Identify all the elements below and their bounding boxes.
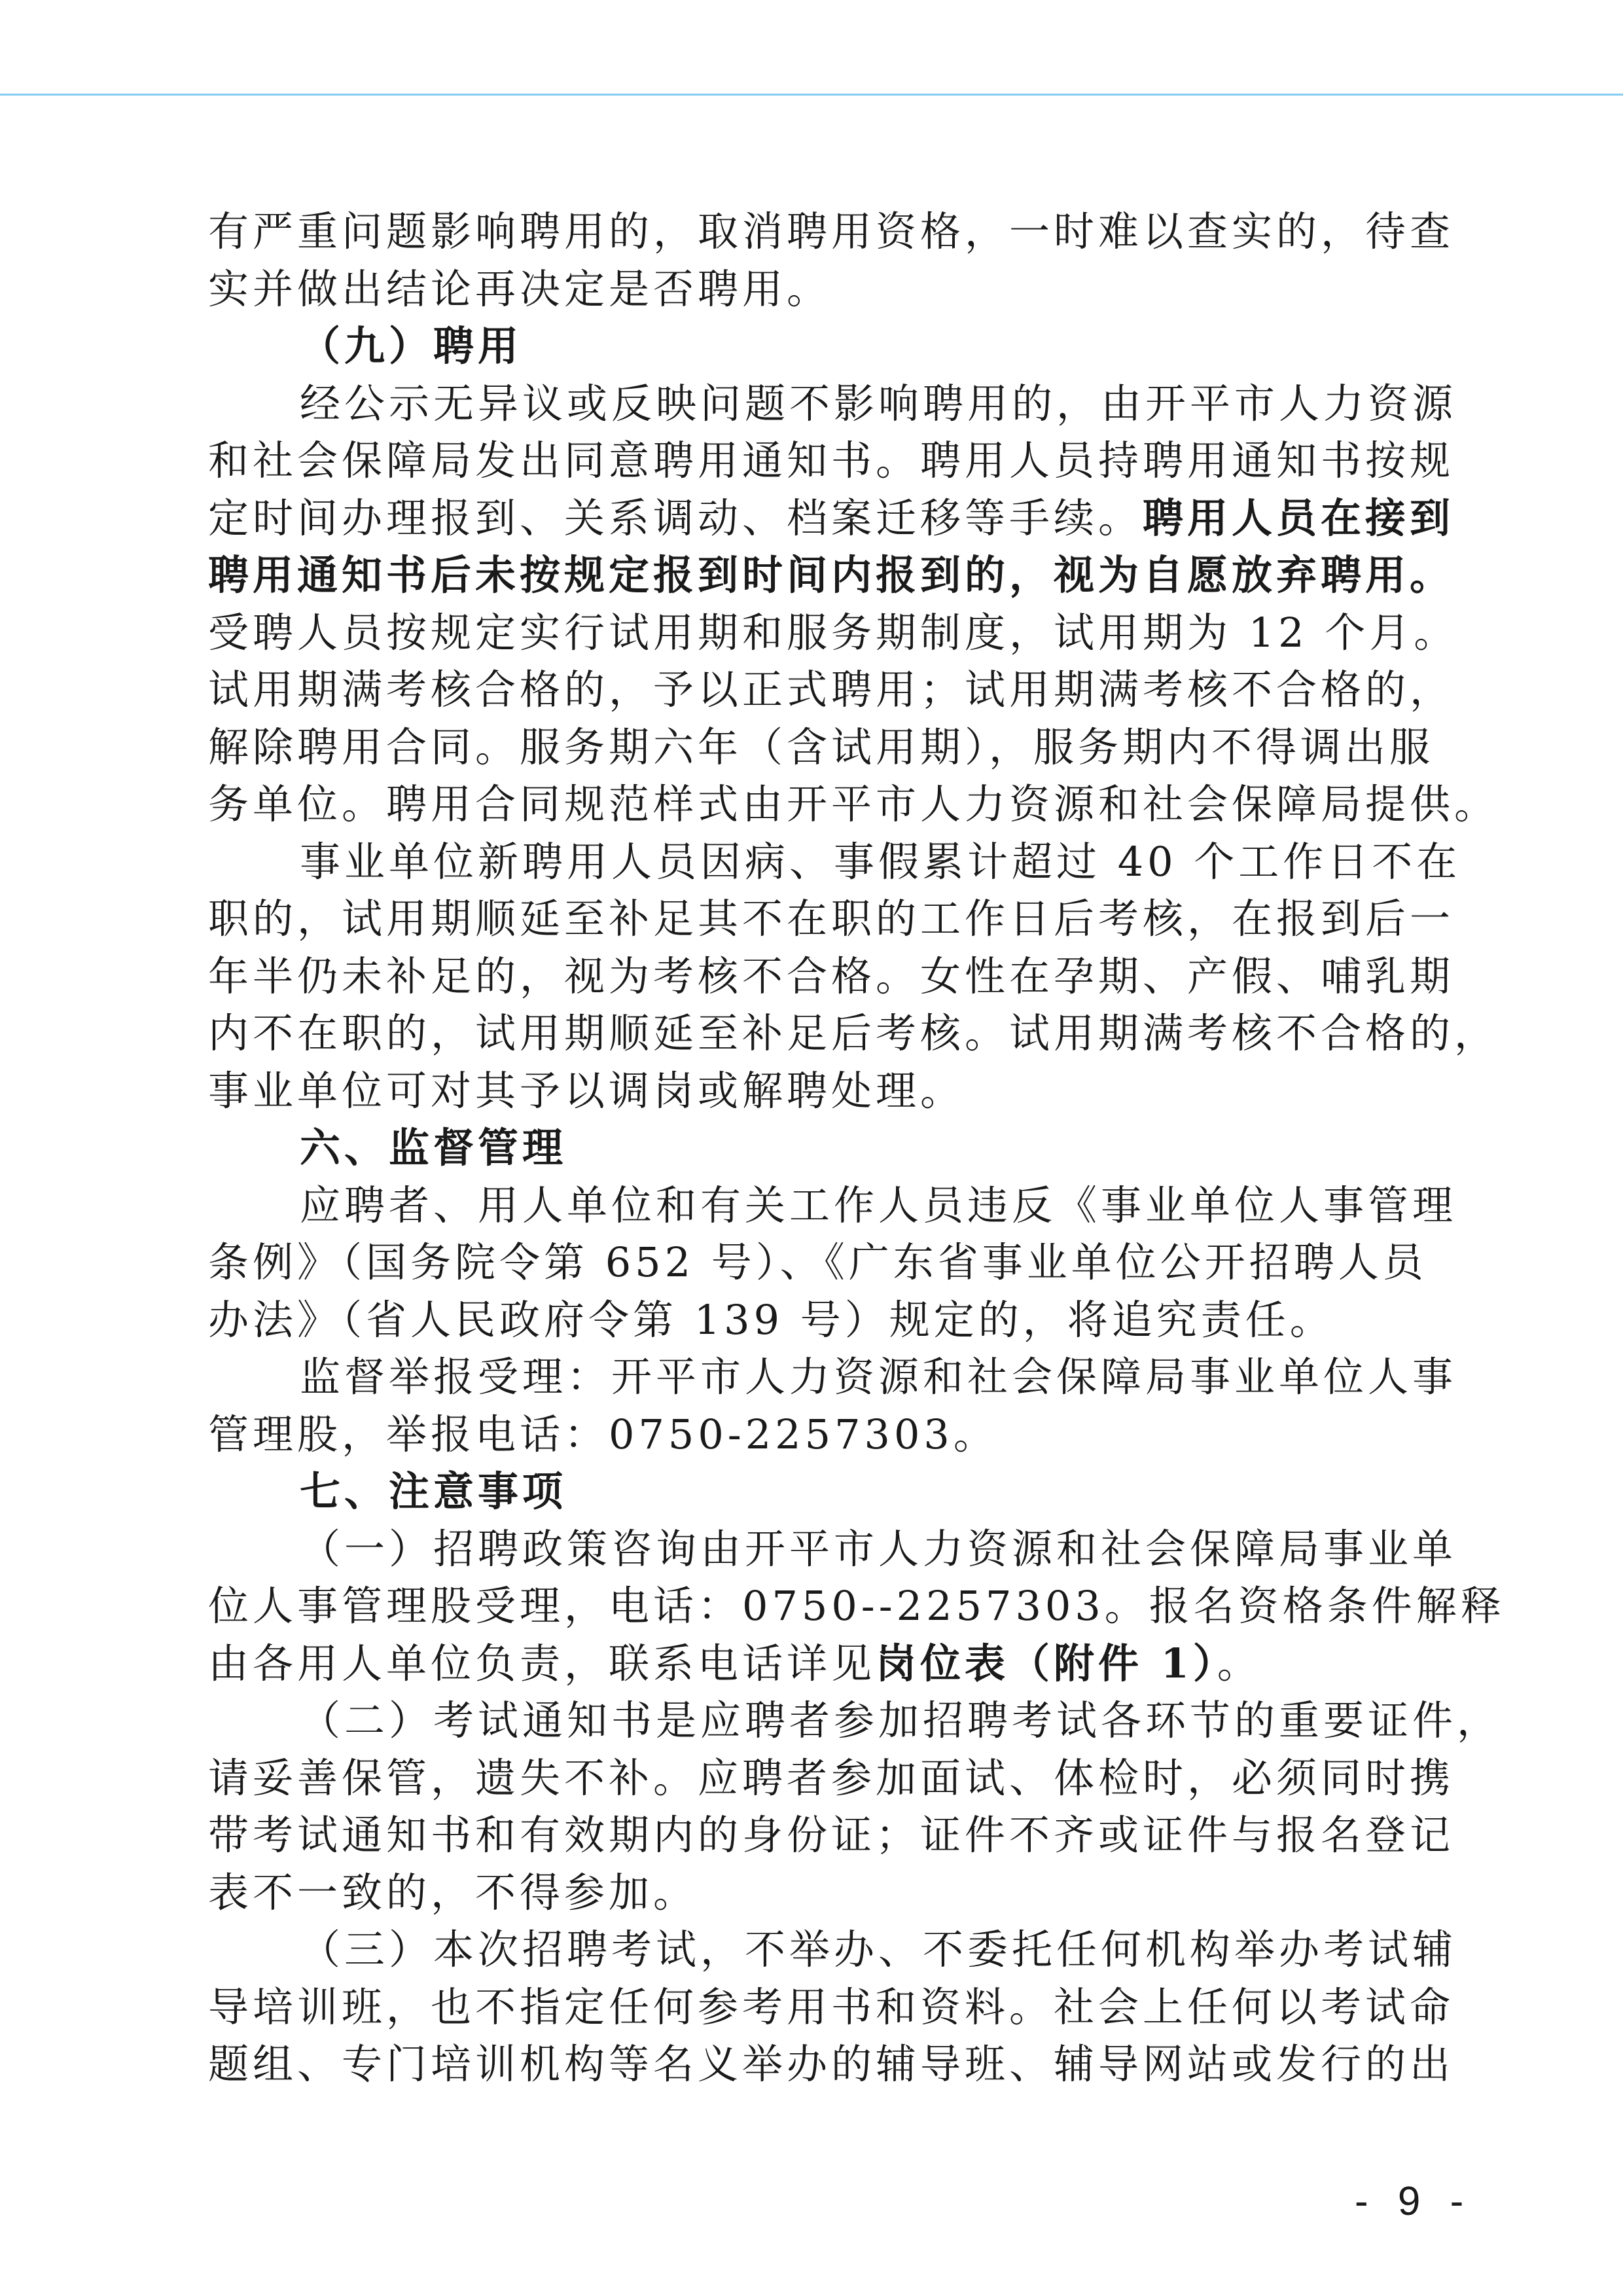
- paragraph-line: 经公示无异议或反映问题不影响聘用的，由开平市人力资源: [208, 375, 1419, 433]
- line-text: 由各用人单位负责，联系电话详见: [208, 1640, 876, 1687]
- document-body: 有严重问题影响聘用的，取消聘用资格，一时难以查实的，待查实并做出结论再决定是否聘…: [208, 203, 1419, 2093]
- paragraph-line: 受聘人员按规定实行试用期和服务期制度，试用期为 12 个月。: [208, 604, 1419, 662]
- line-text: 事业单位可对其予以调岗或解聘处理。: [208, 1067, 965, 1115]
- paragraph-line: 事业单位新聘用人员因病、事假累计超过 40 个工作日不在: [208, 833, 1419, 891]
- line-text: 管理股，举报电话：0750-2257303。: [208, 1410, 998, 1458]
- paragraph-line: 位人事管理股受理，电话：0750--2257303。报名资格条件解释: [208, 1577, 1419, 1635]
- paragraph-line: （一）招聘政策咨询由开平市人力资源和社会保障局事业单: [208, 1520, 1419, 1578]
- paragraph-line: 聘用通知书后未按规定报到时间内报到的，视为自愿放弃聘用。: [208, 547, 1419, 604]
- paragraph-line: （二）考试通知书是应聘者参加招聘考试各环节的重要证件，: [208, 1692, 1419, 1749]
- paragraph-line: 条例》（国务院令第 652 号）、《广东省事业单位公开招聘人员: [208, 1234, 1419, 1291]
- paragraph-line: 导培训班，也不指定任何参考用书和资料。社会上任何以考试命: [208, 1979, 1419, 2036]
- line-text: 条例》（国务院令第 652 号）、《广东省事业单位公开招聘人员: [208, 1238, 1427, 1286]
- paragraph-line: 题组、专门培训机构等名义举办的辅导班、辅导网站或发行的出: [208, 2036, 1419, 2093]
- line-text: 事业单位新聘用人员因病、事假累计超过 40 个工作日不在: [300, 838, 1461, 886]
- paragraph-line: 解除聘用合同。服务期六年（含试用期），服务期内不得调出服: [208, 719, 1419, 776]
- line-text: 解除聘用合同。服务期六年（含试用期），服务期内不得调出服: [208, 723, 1434, 771]
- line-text: 表不一致的，不得参加。: [208, 1869, 698, 1916]
- paragraph-line: （三）本次招聘考试，不举办、不委托任何机构举办考试辅: [208, 1921, 1419, 1979]
- paragraph-line: 职的，试用期顺延至补足其不在职的工作日后考核，在报到后一: [208, 890, 1419, 948]
- line-text: 职的，试用期顺延至补足其不在职的工作日后考核，在报到后一: [208, 895, 1454, 942]
- line-text: （九）聘用: [300, 322, 522, 370]
- line-text: 位人事管理股受理，电话：0750--2257303。报名资格条件解释: [208, 1582, 1505, 1630]
- line-text: （一）招聘政策咨询由开平市人力资源和社会保障局事业单: [300, 1525, 1457, 1573]
- line-text: 聘用通知书后未按规定报到时间内报到的，视为自愿放弃聘用。: [208, 551, 1454, 599]
- paragraph-line: 管理股，举报电话：0750-2257303。: [208, 1406, 1419, 1463]
- paragraph-line: 由各用人单位负责，联系电话详见岗位表（附件 1）。: [208, 1635, 1419, 1693]
- line-text: 年半仍未补足的，视为考核不合格。女性在孕期、产假、哺乳期: [208, 952, 1454, 1000]
- line-text: 办法》（省人民政府令第 139 号）规定的，将追究责任。: [208, 1296, 1334, 1344]
- line-text: 内不在职的，试用期顺延至补足后考核。试用期满考核不合格的，: [208, 1009, 1499, 1057]
- paragraph-line: 表不一致的，不得参加。: [208, 1864, 1419, 1922]
- line-text: 定时间办理报到、关系调动、档案迁移等手续。: [208, 494, 1143, 542]
- emphasized-text: 聘用人员在接到: [1143, 494, 1454, 542]
- line-suffix: 。: [1217, 1640, 1262, 1687]
- line-text: 受聘人员按规定实行试用期和服务期制度，试用期为 12 个月。: [208, 609, 1458, 656]
- paragraph-line: 办法》（省人民政府令第 139 号）规定的，将追究责任。: [208, 1291, 1419, 1349]
- paragraph-line: 实并做出结论再决定是否聘用。: [208, 260, 1419, 318]
- line-text: 导培训班，也不指定任何参考用书和资料。社会上任何以考试命: [208, 1983, 1454, 2031]
- line-text: 带考试通知书和有效期内的身份证；证件不齐或证件与报名登记: [208, 1811, 1454, 1859]
- paragraph-line: 内不在职的，试用期顺延至补足后考核。试用期满考核不合格的，: [208, 1005, 1419, 1062]
- section-heading: 六、监督管理: [208, 1119, 1419, 1177]
- paragraph-line: 事业单位可对其予以调岗或解聘处理。: [208, 1062, 1419, 1120]
- line-text: （二）考试通知书是应聘者参加招聘考试各环节的重要证件，: [300, 1696, 1501, 1744]
- section-heading: （九）聘用: [208, 317, 1419, 375]
- line-text: 务单位。聘用合同规范样式由开平市人力资源和社会保障局提供。: [208, 780, 1499, 828]
- paragraph-line: 定时间办理报到、关系调动、档案迁移等手续。聘用人员在接到: [208, 490, 1419, 547]
- line-text: 监督举报受理：开平市人力资源和社会保障局事业单位人事: [300, 1353, 1457, 1401]
- line-text: 题组、专门培训机构等名义举办的辅导班、辅导网站或发行的出: [208, 2040, 1454, 2088]
- emphasized-text: 岗位表（附件 1）: [876, 1640, 1217, 1687]
- paragraph-line: 年半仍未补足的，视为考核不合格。女性在孕期、产假、哺乳期: [208, 948, 1419, 1005]
- paragraph-line: 和社会保障局发出同意聘用通知书。聘用人员持聘用通知书按规: [208, 432, 1419, 490]
- line-text: 试用期满考核合格的，予以正式聘用；试用期满考核不合格的，: [208, 666, 1454, 713]
- top-divider-line: [0, 94, 1623, 96]
- paragraph-line: 试用期满考核合格的，予以正式聘用；试用期满考核不合格的，: [208, 661, 1419, 719]
- paragraph-line: 务单位。聘用合同规范样式由开平市人力资源和社会保障局提供。: [208, 776, 1419, 833]
- line-text: 请妥善保管，遗失不补。应聘者参加面试、体检时，必须同时携: [208, 1754, 1454, 1802]
- paragraph-line: 请妥善保管，遗失不补。应聘者参加面试、体检时，必须同时携: [208, 1749, 1419, 1807]
- paragraph-line: 监督举报受理：开平市人力资源和社会保障局事业单位人事: [208, 1348, 1419, 1406]
- paragraph-line: 应聘者、用人单位和有关工作人员违反《事业单位人事管理: [208, 1177, 1419, 1234]
- line-text: 实并做出结论再决定是否聘用。: [208, 265, 831, 313]
- line-text: 和社会保障局发出同意聘用通知书。聘用人员持聘用通知书按规: [208, 437, 1454, 484]
- paragraph-line: 带考试通知书和有效期内的身份证；证件不齐或证件与报名登记: [208, 1806, 1419, 1864]
- line-text: 七、注意事项: [300, 1467, 567, 1515]
- line-text: （三）本次招聘考试，不举办、不委托任何机构举办考试辅: [300, 1926, 1457, 1973]
- page-number: - 9 -: [1355, 2178, 1472, 2225]
- line-text: 有严重问题影响聘用的，取消聘用资格，一时难以查实的，待查: [208, 207, 1454, 255]
- line-text: 六、监督管理: [300, 1124, 567, 1172]
- section-heading: 七、注意事项: [208, 1463, 1419, 1520]
- line-text: 应聘者、用人单位和有关工作人员违反《事业单位人事管理: [300, 1181, 1457, 1229]
- line-text: 经公示无异议或反映问题不影响聘用的，由开平市人力资源: [300, 380, 1457, 427]
- paragraph-line: 有严重问题影响聘用的，取消聘用资格，一时难以查实的，待查: [208, 203, 1419, 260]
